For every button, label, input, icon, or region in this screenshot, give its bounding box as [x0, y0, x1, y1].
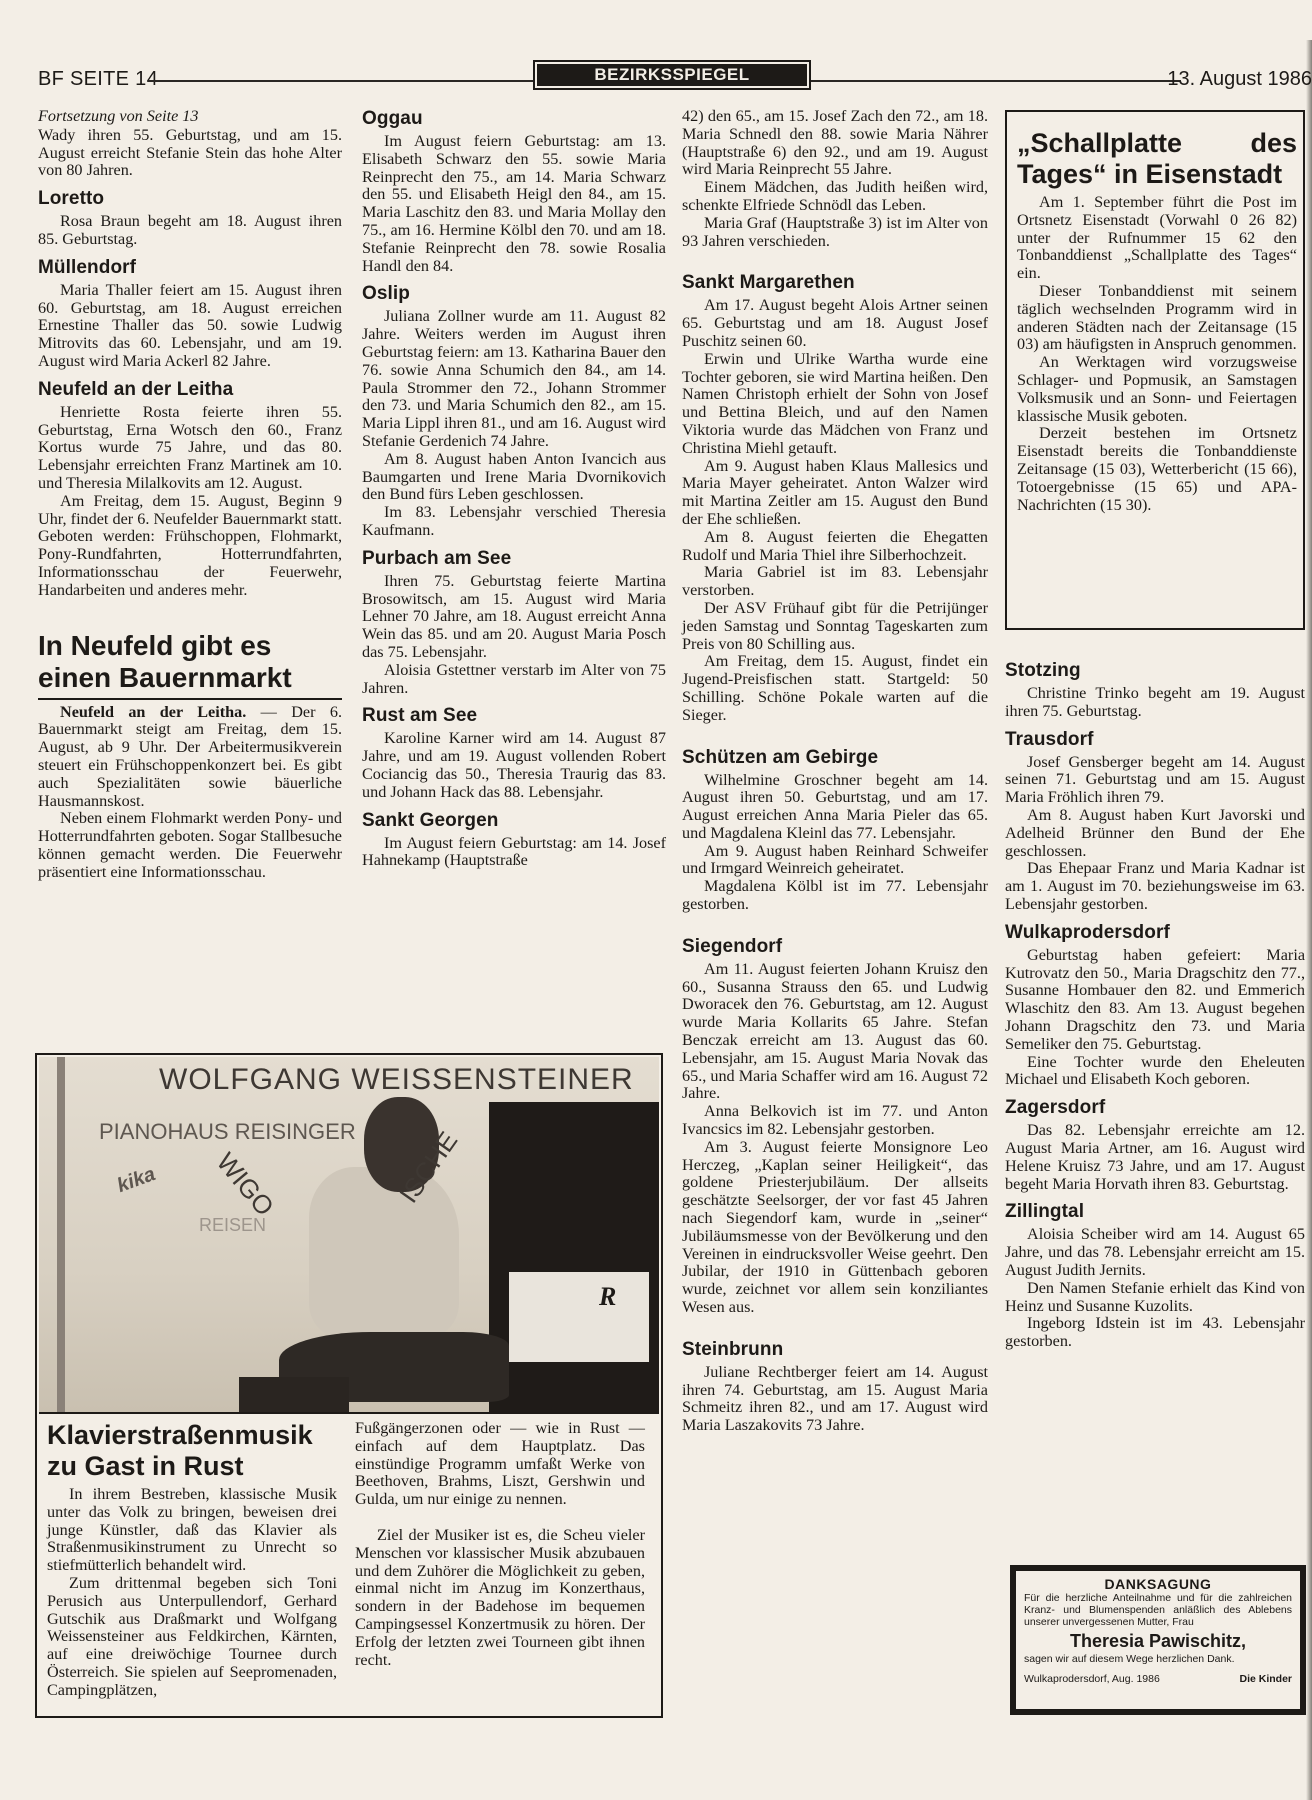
paragraph: Juliane Rechtberger feiert am 14. August… — [682, 1364, 988, 1435]
page-edge-shadow — [1306, 40, 1312, 1800]
section-oggau: Oggau Im August feiern Geburtstag: am 13… — [362, 108, 666, 275]
section-heading: Stotzing — [1005, 660, 1305, 682]
notice-closing: sagen wir auf diesem Wege herzlichen Dan… — [1024, 1653, 1292, 1665]
header-rule-right — [811, 80, 1181, 82]
paragraph: Ihren 75. Geburtstag feierte Martina Bro… — [362, 573, 666, 662]
paragraph: Ingeborg Idstein ist im 43. Lebensjahr g… — [1005, 1315, 1305, 1351]
notice-text: Für die herzliche Anteilnahme und für di… — [1024, 1592, 1292, 1628]
article-headline: Klavierstraßenmusik zu Gast in Rust — [47, 1420, 337, 1482]
paragraph: Magdalena Kölbl ist im 77. Lebensjahr ge… — [682, 878, 988, 914]
section-steinbrunn: Steinbrunn Juliane Rechtberger feiert am… — [682, 1339, 988, 1435]
section-zillingtal: Zillingtal Aloisia Scheiber wird am 14. … — [1005, 1201, 1305, 1351]
section-siegendorf: Siegendorf Am 11. August feierten Johann… — [682, 936, 988, 1317]
section-trausdorf: Trausdorf Josef Gensberger begeht am 14.… — [1005, 729, 1305, 914]
piano-panel — [509, 1272, 649, 1362]
pianist-figure — [309, 1167, 459, 1337]
section-heading: Siegendorf — [682, 936, 988, 958]
paragraph: Am 9. August haben Reinhard Schweifer un… — [682, 843, 988, 879]
section-heading: Müllendorf — [38, 257, 342, 279]
banner-text: WOLFGANG WEISSENSTEINER — [159, 1063, 634, 1097]
paragraph: Maria Gabriel ist im 83. Lebensjahr vers… — [682, 564, 988, 600]
banner-text: REISEN — [199, 1215, 266, 1236]
section-heading: Wulkaprodersdorf — [1005, 922, 1305, 944]
danksagung-content: DANKSAGUNG Für die herzliche Anteilnahme… — [1016, 1571, 1300, 1709]
article-right-column: Fußgängerzonen oder — wie in Rust — einf… — [355, 1420, 645, 1669]
paragraph: Einem Mädchen, das Judith heißen wird, s… — [682, 179, 988, 215]
paragraph: Am 11. August feierten Johann Kruisz den… — [682, 961, 988, 1103]
paragraph: 42) den 65., am 15. Josef Zach den 72., … — [682, 108, 988, 179]
paragraph: Neben einem Flohmarkt werden Pony- und H… — [38, 810, 342, 881]
paragraph: Am Freitag, dem 15. August, Beginn 9 Uhr… — [38, 493, 342, 600]
column-4: Stotzing Christine Trinko begeht am 19. … — [1005, 660, 1305, 1351]
paragraph: Den Namen Stefanie erhielt das Kind von … — [1005, 1280, 1305, 1316]
page-number: BF SEITE 14 — [38, 68, 158, 91]
paragraph: An Werktagen wird vorzugsweise Schlager-… — [1017, 354, 1297, 425]
paragraph: Ziel der Musiker ist es, die Scheu viele… — [355, 1527, 645, 1669]
section-heading: Purbach am See — [362, 548, 666, 570]
article-left-column: Klavierstraßenmusik zu Gast in Rust In i… — [47, 1420, 337, 1700]
article-bauernmarkt: In Neufeld gibt es einen Bauernmarkt Neu… — [38, 630, 342, 882]
page-header: BF SEITE 14 BEZIRKSSPIEGEL 13. August 19… — [38, 60, 1312, 94]
section-heading: Oggau — [362, 108, 666, 130]
place-date: Wulkaprodersdorf, Aug. 1986 — [1024, 1673, 1160, 1685]
section-schuetzen: Schützen am Gebirge Wilhelmine Groschner… — [682, 747, 988, 914]
paragraph: Josef Gensberger begeht am 14. August se… — [1005, 754, 1305, 807]
section-purbach: Purbach am See Ihren 75. Geburtstag feie… — [362, 548, 666, 698]
paragraph: Am 8. August feierten die Ehegatten Rudo… — [682, 529, 988, 565]
paragraph: Am 1. September führt die Post im Ortsne… — [1017, 194, 1297, 283]
section-heading: Trausdorf — [1005, 729, 1305, 751]
paragraph: Das 82. Lebensjahr erreichte am 12. Augu… — [1005, 1122, 1305, 1193]
danksagung-notice: DANKSAGUNG Für die herzliche Anteilnahme… — [1010, 1565, 1306, 1715]
paragraph: Am 8. August haben Kurt Javorski und Ade… — [1005, 807, 1305, 860]
paragraph: Am 3. August feierte Monsignore Leo Herc… — [682, 1139, 988, 1317]
section-heading: Oslip — [362, 283, 666, 305]
banner-text: WIGO — [210, 1147, 280, 1222]
section-heading: Schützen am Gebirge — [682, 747, 988, 769]
paragraph: Fußgängerzonen oder — wie in Rust — einf… — [355, 1420, 645, 1509]
section-wulkaprodersdorf: Wulkaprodersdorf Geburtstag haben gefeie… — [1005, 922, 1305, 1089]
pianist-photo: WOLFGANG WEISSENSTEINER PIANOHAUS REISIN… — [39, 1057, 659, 1414]
section-heading: Sankt Georgen — [362, 810, 666, 832]
paragraph: Aloisia Gstettner verstarb im Alter von … — [362, 662, 666, 698]
intro-paragraph: Wady ihren 55. Geburtstag, und am 15. Au… — [38, 127, 342, 180]
paragraph: Maria Graf (Hauptstraße 3) ist im Alter … — [682, 215, 988, 251]
section-heading: Rust am See — [362, 705, 666, 727]
paragraph: Das Ehepaar Franz und Maria Kadnar ist a… — [1005, 860, 1305, 913]
section-zagersdorf: Zagersdorf Das 82. Lebensjahr erreichte … — [1005, 1097, 1305, 1193]
paragraph: Am Freitag, dem 15. August, findet ein J… — [682, 653, 988, 724]
section-heading: Zillingtal — [1005, 1201, 1305, 1223]
column-2: Oggau Im August feiern Geburtstag: am 13… — [362, 108, 666, 870]
continuation-note: Fortsetzung von Seite 13 — [38, 108, 342, 126]
paragraph: Am 17. August begeht Alois Artner seinen… — [682, 297, 988, 350]
section-neufeld: Neufeld an der Leitha Henriette Rosta fe… — [38, 379, 342, 600]
paragraph: Juliana Zollner wurde am 11. August 82 J… — [362, 308, 666, 450]
tent-pole — [57, 1057, 65, 1412]
signature: Die Kinder — [1239, 1673, 1292, 1685]
schallplatte-content: „Schallplatte des Tages“ in Eisenstadt A… — [1017, 128, 1297, 514]
deceased-name: Theresia Pawischitz, — [1024, 1631, 1292, 1651]
issue-date: 13. August 1986 — [1167, 68, 1312, 91]
paragraph: Christine Trinko begeht am 19. August ih… — [1005, 685, 1305, 721]
paragraph: Wilhelmine Groschner begeht am 14. Augus… — [682, 772, 988, 843]
box-headline: „Schallplatte des Tages“ in Eisenstadt — [1017, 128, 1297, 190]
section-heading: Sankt Margarethen — [682, 272, 988, 294]
paragraph: Anna Belkovich ist im 77. und Anton Ivan… — [682, 1103, 988, 1139]
article-headline: In Neufeld gibt es einen Bauernmarkt — [38, 630, 342, 700]
paragraph: Im 83. Lebensjahr verschied Theresia Kau… — [362, 504, 666, 540]
paragraph: Am 9. August haben Klaus Mallesics und M… — [682, 458, 988, 529]
paragraph: Zum drittenmal begeben sich Toni Perusic… — [47, 1575, 337, 1700]
paragraph: Geburtstag haben gefeiert: Maria Kutrova… — [1005, 947, 1305, 1054]
header-rule-left — [148, 80, 533, 82]
section-heading: Loretto — [38, 188, 342, 210]
paragraph: Erwin und Ulrike Wartha wurde eine Tocht… — [682, 351, 988, 458]
paragraph: Am 8. August haben Anton Ivancich aus Ba… — [362, 451, 666, 504]
section-stotzing: Stotzing Christine Trinko begeht am 19. … — [1005, 660, 1305, 721]
section-heading: Steinbrunn — [682, 1339, 988, 1361]
section-muellendorf: Müllendorf Maria Thaller feiert am 15. A… — [38, 257, 342, 371]
dateline: Neufeld an der Leitha. — [60, 703, 246, 721]
paragraph: Karoline Karner wird am 14. August 87 Ja… — [362, 730, 666, 801]
piano-stool — [239, 1377, 349, 1412]
notice-footer: Wulkaprodersdorf, Aug. 1986 Die Kinder — [1024, 1673, 1292, 1685]
section-rust: Rust am See Karoline Karner wird am 14. … — [362, 705, 666, 801]
banner-text: PIANOHAUS REISINGER — [99, 1119, 356, 1145]
schallplatte-box: „Schallplatte des Tages“ in Eisenstadt A… — [1005, 110, 1305, 630]
paragraph: Eine Tochter wurde den Eheleuten Michael… — [1005, 1054, 1305, 1090]
column-3: 42) den 65., am 15. Josef Zach den 72., … — [682, 108, 988, 1435]
paragraph: In ihrem Bestreben, klassische Musik unt… — [47, 1486, 337, 1575]
paragraph: Rosa Braun begeht am 18. August ihren 85… — [38, 213, 342, 249]
column-1: Fortsetzung von Seite 13 Wady ihren 55. … — [38, 108, 342, 882]
klavier-article-box: WOLFGANG WEISSENSTEINER PIANOHAUS REISIN… — [35, 1053, 663, 1718]
section-sankt-margarethen: Sankt Margarethen Am 17. August begeht A… — [682, 272, 988, 724]
paragraph: Im August feiern Geburtstag: am 14. Jose… — [362, 835, 666, 871]
paragraph: Aloisia Scheiber wird am 14. August 65 J… — [1005, 1226, 1305, 1279]
banner-text: kika — [114, 1163, 158, 1198]
piano-logo: R — [599, 1282, 616, 1312]
notice-title: DANKSAGUNG — [1024, 1578, 1292, 1590]
paragraph: Dieser Tonbanddienst mit seinem täglich … — [1017, 283, 1297, 354]
section-title: BEZIRKSSPIEGEL — [537, 64, 807, 86]
section-loretto: Loretto Rosa Braun begeht am 18. August … — [38, 188, 342, 249]
section-banner: BEZIRKSSPIEGEL — [533, 60, 811, 90]
paragraph: Derzeit bestehen im Ortsnetz Eisenstadt … — [1017, 425, 1297, 514]
section-oslip: Oslip Juliana Zollner wurde am 11. Augus… — [362, 283, 666, 539]
paragraph: Maria Thaller feiert am 15. August ihren… — [38, 282, 342, 371]
paragraph: Im August feiern Geburtstag: am 13. Elis… — [362, 133, 666, 275]
section-heading: Neufeld an der Leitha — [38, 379, 342, 401]
paragraph: Der ASV Frühauf gibt für die Petrijünger… — [682, 600, 988, 653]
paragraph: Henriette Rosta feierte ihren 55. Geburt… — [38, 404, 342, 493]
section-sankt-georgen: Sankt Georgen Im August feiern Geburtsta… — [362, 810, 666, 871]
piano — [489, 1102, 659, 1412]
section-heading: Zagersdorf — [1005, 1097, 1305, 1119]
